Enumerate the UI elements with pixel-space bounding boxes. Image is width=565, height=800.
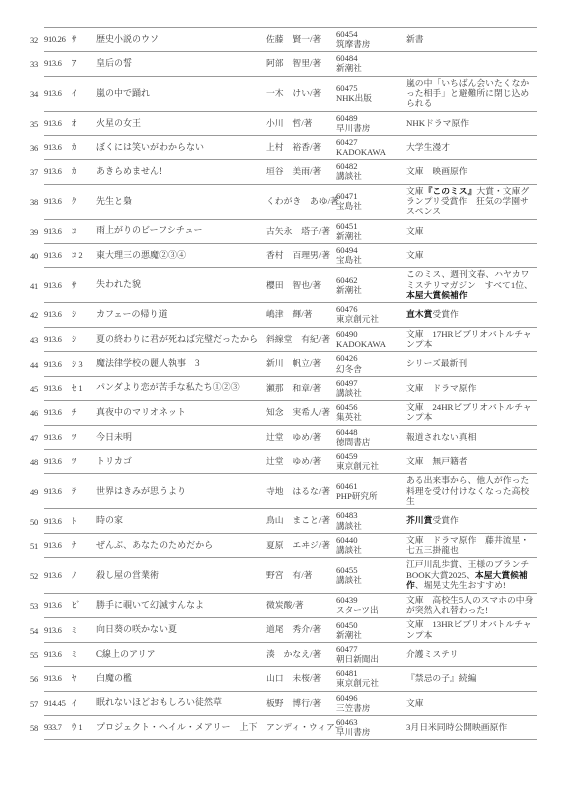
classification-code: 913.6 — [44, 359, 72, 369]
author-kana-mark: ｺ — [72, 226, 86, 236]
classification-code: 913.6 — [44, 516, 72, 526]
item-code: 60455 — [336, 565, 406, 575]
classification-code: 913.6 — [44, 334, 72, 344]
row-number: 37 — [30, 160, 44, 184]
row-body: 933.7 ｳ 1 プロジェクト・ヘイル・メアリー 上下 アンディ・ウィアー 6… — [44, 716, 537, 740]
classification-code: 910.26 — [44, 34, 72, 44]
publisher-name: 講談社 — [336, 545, 406, 555]
book-author: 斜線堂 有紀/著 — [266, 334, 336, 344]
author-kana-mark: ｸ — [72, 196, 86, 206]
row-number: 41 — [30, 268, 44, 303]
row-body: 913.6 ｶ あきらめません! 垣谷 美雨/著 60482 講談社 文庫 映画… — [44, 160, 537, 184]
table-row: 40 913.6 ｺ 2 東大理三の悪魔②③④ 香村 百理男/著 60494 宝… — [30, 244, 537, 268]
item-code: 60484 — [336, 53, 406, 63]
publisher-name: 東京創元社 — [336, 461, 406, 471]
row-body: 914.45 ｲ 眠れないほどおもしろい徒然草 板野 博行/著 60496 三笠… — [44, 692, 537, 716]
classification-code: 913.6 — [44, 250, 72, 260]
item-code-publisher: 60461 PHP研究所 — [336, 481, 406, 501]
row-body: 913.6 ｼ 3 魔法律学校の麗人執事 3 新川 帆立/著 60426 幻冬舎… — [44, 352, 537, 376]
item-code-publisher: 60484 新潮社 — [336, 53, 406, 73]
book-title: プロジェクト・ヘイル・メアリー 上下 — [86, 722, 266, 733]
author-kana-mark: ﾃ — [72, 486, 86, 496]
note-text: 報道されない真相 — [406, 432, 537, 442]
book-author: 辻堂 ゆめ/著 — [266, 456, 336, 466]
book-author: 嶋津 輝/著 — [266, 309, 336, 319]
publisher-name: 宝島社 — [336, 255, 406, 265]
row-body: 913.6 ﾂ 今日未明 辻堂 ゆめ/著 60448 徳間書店 報道されない真相 — [44, 426, 537, 450]
note-text: 文庫 — [406, 226, 537, 236]
book-title: 勝手に覗いて幻滅すんなよ — [86, 600, 266, 611]
item-code: 60461 — [336, 481, 406, 491]
note-text: 直木賞受賞作 — [406, 309, 537, 319]
item-code: 60440 — [336, 535, 406, 545]
publisher-name: 東京創元社 — [336, 314, 406, 324]
item-code: 60448 — [336, 427, 406, 437]
table-row: 47 913.6 ﾂ 今日未明 辻堂 ゆめ/著 60448 徳間書店 報道されな… — [30, 426, 537, 450]
note-text: 文庫 — [406, 698, 537, 708]
note-text: 文庫 24HRビブリオバトルチャンプ本 — [406, 402, 537, 423]
author-kana-mark: ﾉ — [72, 570, 86, 580]
note-text: このミス、週刊文春、ハヤカワミステリマガジン すべて1位、本屋大賞候補作 — [406, 269, 537, 300]
classification-code: 913.6 — [44, 142, 72, 152]
book-title: 今日未明 — [86, 432, 266, 443]
note-text: 文庫 13HRビブリオバトルチャンプ本 — [406, 619, 537, 640]
item-code-publisher: 60483 講談社 — [336, 510, 406, 530]
item-code-publisher: 60440 講談社 — [336, 535, 406, 555]
publisher-name: 早川書房 — [336, 727, 406, 737]
book-title: 真夜中のマリオネット — [86, 407, 266, 418]
item-code-publisher: 60439 スターツ出 — [336, 595, 406, 615]
publisher-name: 新潮社 — [336, 63, 406, 73]
publisher-name: 講談社 — [336, 575, 406, 585]
book-title: 夏の終わりに君が死ねば完璧だったから — [86, 334, 266, 345]
author-kana-mark: ｶ — [72, 166, 86, 176]
table-row: 43 913.6 ｼ 夏の終わりに君が死ねば完璧だったから 斜線堂 有紀/著 6… — [30, 328, 537, 353]
book-title: 嵐の中で踊れ — [86, 88, 266, 99]
item-code-publisher: 60482 講談社 — [336, 161, 406, 181]
item-code-publisher: 60476 東京創元社 — [336, 304, 406, 324]
item-code-publisher: 60448 徳間書店 — [336, 427, 406, 447]
book-title: パンダより恋が苦手な私たち①②③ — [86, 382, 266, 393]
publisher-name: KADOKAWA — [336, 339, 406, 349]
book-title: C線上のアリア — [86, 649, 266, 660]
item-code: 60483 — [336, 510, 406, 520]
item-code-publisher: 60454 筑摩書房 — [336, 29, 406, 49]
row-number: 47 — [30, 426, 44, 450]
table-row: 39 913.6 ｺ 雨上がりのビーフシチュー 古矢永 塔子/著 60451 新… — [30, 220, 537, 244]
table-row: 51 913.6 ﾅ ぜんぶ、あなたのためだから 夏原 エヰジ/著 60440 … — [30, 534, 537, 559]
classification-code: 913.6 — [44, 432, 72, 442]
table-row: 58 933.7 ｳ 1 プロジェクト・ヘイル・メアリー 上下 アンディ・ウィア… — [30, 716, 537, 740]
classification-code: 913.6 — [44, 625, 72, 635]
item-code-publisher: 60427 KADOKAWA — [336, 137, 406, 157]
book-title: 世界はきみが思うより — [86, 486, 266, 497]
book-author: 新川 帆立/著 — [266, 358, 336, 368]
row-body: 913.6 ｼ カフェーの帰り道 嶋津 輝/著 60476 東京創元社 直木賞受… — [44, 303, 537, 327]
table-row: 53 913.6 ﾋﾞ 勝手に覗いて幻滅すんなよ 微炭酸/著 60439 スター… — [30, 594, 537, 619]
classification-code: 913.6 — [44, 196, 72, 206]
row-body: 913.6 ｱ 皇后の誓 阿部 智里/著 60484 新潮社 — [44, 52, 537, 76]
item-code: 60463 — [336, 717, 406, 727]
item-code-publisher: 60490 KADOKAWA — [336, 329, 406, 349]
book-author: 上村 裕香/著 — [266, 142, 336, 152]
book-author: 阿部 智里/著 — [266, 58, 336, 68]
table-row: 35 913.6 ｵ 火星の女王 小川 哲/著 60489 早川書房 NHKドラ… — [30, 112, 537, 136]
item-code: 60451 — [336, 221, 406, 231]
table-row: 41 913.6 ｻ 失われた貌 櫻田 智也/著 60462 新潮社 このミス、… — [30, 268, 537, 303]
table-row: 50 913.6 ﾄ 時の家 鳥山 まこと/著 60483 講談社 芥川賞受賞作 — [30, 509, 537, 533]
item-code-publisher: 60497 講談社 — [336, 378, 406, 398]
row-number: 43 — [30, 328, 44, 353]
table-row: 37 913.6 ｶ あきらめません! 垣谷 美雨/著 60482 講談社 文庫… — [30, 160, 537, 184]
row-body: 913.6 ﾂ トリカゴ 辻堂 ゆめ/著 60459 東京創元社 文庫 無戸籍者 — [44, 450, 537, 474]
classification-code: 913.6 — [44, 649, 72, 659]
book-title: 魔法律学校の麗人執事 3 — [86, 358, 266, 369]
note-text: 文庫 — [406, 250, 537, 260]
publisher-name: 集英社 — [336, 412, 406, 422]
book-author: 知念 実希人/著 — [266, 407, 336, 417]
book-title: 眠れないほどおもしろい徒然草 — [86, 697, 266, 708]
author-kana-mark: ｼ — [72, 309, 86, 319]
classification-code: 913.6 — [44, 226, 72, 236]
note-text: シリーズ最新刊 — [406, 358, 537, 368]
row-body: 913.6 ﾔ 白魔の檻 山口 未桜/著 60481 東京創元社 『禁忌の子』続… — [44, 667, 537, 691]
book-author: 道尾 秀介/著 — [266, 624, 336, 634]
row-number: 57 — [30, 692, 44, 716]
item-code-publisher: 60455 講談社 — [336, 565, 406, 585]
book-author: 湊 かなえ/著 — [266, 649, 336, 659]
table-row: 56 913.6 ﾔ 白魔の檻 山口 未桜/著 60481 東京創元社 『禁忌の… — [30, 667, 537, 691]
item-code: 60439 — [336, 595, 406, 605]
row-body: 913.6 ｺ 2 東大理三の悪魔②③④ 香村 百理男/著 60494 宝島社 … — [44, 244, 537, 268]
note-text: 芥川賞受賞作 — [406, 515, 537, 525]
author-kana-mark: ｳ 1 — [72, 722, 86, 732]
note-text: ある出来事から、他人が作った料理を受け付けなくなった高校生 — [406, 475, 537, 506]
table-row: 44 913.6 ｼ 3 魔法律学校の麗人執事 3 新川 帆立/著 60426 … — [30, 352, 537, 376]
item-code-publisher: 60489 早川書房 — [336, 113, 406, 133]
row-body: 913.6 ﾋﾞ 勝手に覗いて幻滅すんなよ 微炭酸/著 60439 スターツ出 … — [44, 594, 537, 619]
table-row: 45 913.6 ｾ 1 パンダより恋が苦手な私たち①②③ 瀬那 和章/著 60… — [30, 377, 537, 401]
row-body: 913.6 ﾁ 真夜中のマリオネット 知念 実希人/著 60456 集英社 文庫… — [44, 401, 537, 426]
classification-code: 913.6 — [44, 166, 72, 176]
publisher-name: 講談社 — [336, 521, 406, 531]
item-code: 60477 — [336, 644, 406, 654]
publisher-name: 三笠書房 — [336, 703, 406, 713]
publisher-name: 新潮社 — [336, 285, 406, 295]
row-number: 48 — [30, 450, 44, 474]
author-kana-mark: ﾐ — [72, 649, 86, 659]
publisher-name: 筑摩書房 — [336, 39, 406, 49]
table-row: 49 913.6 ﾃ 世界はきみが思うより 寺地 はるな/著 60461 PHP… — [30, 474, 537, 509]
row-number: 51 — [30, 534, 44, 559]
table-row: 57 914.45 ｲ 眠れないほどおもしろい徒然草 板野 博行/著 60496… — [30, 692, 537, 716]
publisher-name: 講談社 — [336, 388, 406, 398]
book-title: 皇后の誓 — [86, 58, 266, 69]
row-body: 913.6 ｼ 夏の終わりに君が死ねば完璧だったから 斜線堂 有紀/著 6049… — [44, 328, 537, 353]
note-text: 介護ミステリ — [406, 649, 537, 659]
row-body: 913.6 ｸ 先生と梟 くわがき あゆ/著 60471 宝島社 文庫『このミス… — [44, 185, 537, 220]
author-kana-mark: ﾔ — [72, 673, 86, 683]
item-code-publisher: 60481 東京創元社 — [336, 668, 406, 688]
item-code: 60426 — [336, 353, 406, 363]
book-author: 佐藤 賢一/著 — [266, 34, 336, 44]
book-title: 先生と梟 — [86, 196, 266, 207]
note-text: 嵐の中「いちばん会いたくなかった相手」と避難所に閉じ込められる — [406, 78, 537, 109]
row-body: 913.6 ｶ ぼくには笑いがわからない 上村 裕香/著 60427 KADOK… — [44, 136, 537, 160]
note-text: NHKドラマ原作 — [406, 118, 537, 128]
author-kana-mark: ｲ — [72, 698, 86, 708]
table-row: 32 910.26 ｻ 歴史小説のウソ 佐藤 賢一/著 60454 筑摩書房 新… — [30, 27, 537, 52]
book-author: アンディ・ウィアー — [266, 722, 336, 732]
book-author: 微炭酸/著 — [266, 600, 336, 610]
table-row: 55 913.6 ﾐ C線上のアリア 湊 かなえ/著 60477 朝日新聞出 介… — [30, 643, 537, 667]
row-number: 33 — [30, 52, 44, 76]
note-text: 文庫 映画原作 — [406, 166, 537, 176]
publisher-name: 幻冬舎 — [336, 364, 406, 374]
book-title: 向日葵の咲かない夏 — [86, 624, 266, 635]
row-number: 53 — [30, 594, 44, 619]
item-code-publisher: 60426 幻冬舎 — [336, 353, 406, 373]
book-title: 雨上がりのビーフシチュー — [86, 225, 266, 236]
row-number: 35 — [30, 112, 44, 136]
author-kana-mark: ﾄ — [72, 516, 86, 526]
item-code-publisher: 60494 宝島社 — [336, 245, 406, 265]
author-kana-mark: ﾋﾞ — [72, 600, 86, 610]
book-author: くわがき あゆ/著 — [266, 196, 336, 206]
author-kana-mark: ｻ — [72, 34, 86, 44]
row-body: 910.26 ｻ 歴史小説のウソ 佐藤 賢一/著 60454 筑摩書房 新書 — [44, 27, 537, 52]
publisher-name: NHK出版 — [336, 93, 406, 103]
item-code: 60497 — [336, 378, 406, 388]
classification-code: 914.45 — [44, 698, 72, 708]
row-number: 40 — [30, 244, 44, 268]
book-author: 鳥山 まこと/著 — [266, 515, 336, 525]
row-number: 58 — [30, 716, 44, 740]
row-number: 39 — [30, 220, 44, 244]
author-kana-mark: ｱ — [72, 58, 86, 68]
item-code-publisher: 60477 朝日新聞出 — [336, 644, 406, 664]
author-kana-mark: ｺ 2 — [72, 250, 86, 260]
book-title: 火星の女王 — [86, 118, 266, 129]
table-row: 48 913.6 ﾂ トリカゴ 辻堂 ゆめ/著 60459 東京創元社 文庫 無… — [30, 450, 537, 474]
publisher-name: 東京創元社 — [336, 678, 406, 688]
book-title: 白魔の檻 — [86, 673, 266, 684]
item-code: 60489 — [336, 113, 406, 123]
item-code: 60481 — [336, 668, 406, 678]
book-author: 瀬那 和章/著 — [266, 383, 336, 393]
row-number: 44 — [30, 352, 44, 376]
publisher-name: KADOKAWA — [336, 147, 406, 157]
author-kana-mark: ｼ 3 — [72, 359, 86, 369]
row-body: 913.6 ｺ 雨上がりのビーフシチュー 古矢永 塔子/著 60451 新潮社 … — [44, 220, 537, 244]
item-code-publisher: 60463 早川書房 — [336, 717, 406, 737]
book-title: 時の家 — [86, 515, 266, 526]
row-number: 38 — [30, 185, 44, 220]
classification-code: 913.6 — [44, 673, 72, 683]
row-body: 913.6 ﾐ C線上のアリア 湊 かなえ/著 60477 朝日新聞出 介護ミス… — [44, 643, 537, 667]
book-author: 野宮 有/著 — [266, 570, 336, 580]
classification-code: 913.6 — [44, 486, 72, 496]
row-body: 913.6 ｾ 1 パンダより恋が苦手な私たち①②③ 瀬那 和章/著 60497… — [44, 377, 537, 401]
row-number: 56 — [30, 667, 44, 691]
classification-code: 913.6 — [44, 570, 72, 580]
author-kana-mark: ｾ 1 — [72, 383, 86, 393]
book-table: 32 910.26 ｻ 歴史小説のウソ 佐藤 賢一/著 60454 筑摩書房 新… — [30, 27, 537, 740]
note-text: 文庫 ドラマ原作 藤井流星・七五三掛龍也 — [406, 535, 537, 556]
item-code-publisher: 60456 集英社 — [336, 402, 406, 422]
note-text: 江戸川乱歩賞、王様のブランチBOOK大賞2025、本屋大賞候補作、堀晃丈先生おす… — [406, 559, 537, 590]
classification-code: 913.6 — [44, 309, 72, 319]
publisher-name: 早川書房 — [336, 123, 406, 133]
book-title: 東大理三の悪魔②③④ — [86, 250, 266, 261]
author-kana-mark: ｶ — [72, 142, 86, 152]
note-text: 新書 — [406, 34, 537, 44]
note-text: 文庫 無戸籍者 — [406, 456, 537, 466]
book-author: 香村 百理男/著 — [266, 250, 336, 260]
classification-code: 913.6 — [44, 118, 72, 128]
note-text: 文庫 ドラマ原作 — [406, 383, 537, 393]
item-code: 60475 — [336, 83, 406, 93]
book-author: 一木 けい/著 — [266, 88, 336, 98]
classification-code: 913.6 — [44, 456, 72, 466]
table-row: 42 913.6 ｼ カフェーの帰り道 嶋津 輝/著 60476 東京創元社 直… — [30, 303, 537, 327]
book-title: ぜんぶ、あなたのためだから — [86, 540, 266, 551]
row-body: 913.6 ｵ 火星の女王 小川 哲/著 60489 早川書房 NHKドラマ原作 — [44, 112, 537, 136]
publisher-name: PHP研究所 — [336, 491, 406, 501]
row-body: 913.6 ｻ 失われた貌 櫻田 智也/著 60462 新潮社 このミス、週刊文… — [44, 268, 537, 303]
row-body: 913.6 ﾄ 時の家 鳥山 まこと/著 60483 講談社 芥川賞受賞作 — [44, 509, 537, 533]
item-code: 60454 — [336, 29, 406, 39]
item-code: 60462 — [336, 275, 406, 285]
table-row: 52 913.6 ﾉ 殺し屋の営業術 野宮 有/著 60455 講談社 江戸川乱… — [30, 558, 537, 593]
author-kana-mark: ｵ — [72, 118, 86, 128]
publisher-name: 宝島社 — [336, 201, 406, 211]
item-code-publisher: 60459 東京創元社 — [336, 451, 406, 471]
row-number: 45 — [30, 377, 44, 401]
author-kana-mark: ﾐ — [72, 625, 86, 635]
book-title: 歴史小説のウソ — [86, 34, 266, 45]
note-text: 3月日米同時公開映画原作 — [406, 722, 537, 732]
book-author: 寺地 はるな/著 — [266, 486, 336, 496]
classification-code: 913.6 — [44, 88, 72, 98]
publisher-name: 朝日新聞出 — [336, 654, 406, 664]
note-text: 大学生漫才 — [406, 142, 537, 152]
book-title: トリカゴ — [86, 456, 266, 467]
item-code: 60476 — [336, 304, 406, 314]
note-text: 文庫 高校生5人のスマホの中身が突然入れ替わった! — [406, 595, 537, 616]
book-author: 辻堂 ゆめ/著 — [266, 432, 336, 442]
item-code-publisher: 60450 新潮社 — [336, 620, 406, 640]
row-number: 54 — [30, 618, 44, 643]
item-code: 60459 — [336, 451, 406, 461]
book-author: 板野 博行/著 — [266, 698, 336, 708]
table-row: 36 913.6 ｶ ぼくには笑いがわからない 上村 裕香/著 60427 KA… — [30, 136, 537, 160]
row-body: 913.6 ｲ 嵐の中で踊れ 一木 けい/著 60475 NHK出版 嵐の中「い… — [44, 77, 537, 112]
note-text: 文庫『このミス』大賞・文庫グランプリ受賞作 狂気の学園サスペンス — [406, 186, 537, 217]
row-number: 36 — [30, 136, 44, 160]
item-code: 60496 — [336, 693, 406, 703]
note-text: 文庫 17HRビブリオバトルチャンプ本 — [406, 329, 537, 350]
item-code: 60456 — [336, 402, 406, 412]
note-text: 『禁忌の子』続編 — [406, 673, 537, 683]
table-row: 34 913.6 ｲ 嵐の中で踊れ 一木 けい/著 60475 NHK出版 嵐の… — [30, 77, 537, 112]
row-number: 42 — [30, 303, 44, 327]
item-code: 60494 — [336, 245, 406, 255]
row-body: 913.6 ﾐ 向日葵の咲かない夏 道尾 秀介/著 60450 新潮社 文庫 1… — [44, 618, 537, 643]
book-author: 夏原 エヰジ/著 — [266, 540, 336, 550]
publisher-name: スターツ出 — [336, 605, 406, 615]
item-code-publisher: 60451 新潮社 — [336, 221, 406, 241]
author-kana-mark: ｻ — [72, 280, 86, 290]
author-kana-mark: ｼ — [72, 334, 86, 344]
book-author: 山口 未桜/著 — [266, 673, 336, 683]
author-kana-mark: ｲ — [72, 88, 86, 98]
row-number: 55 — [30, 643, 44, 667]
table-row: 54 913.6 ﾐ 向日葵の咲かない夏 道尾 秀介/著 60450 新潮社 文… — [30, 618, 537, 643]
book-title: 失われた貌 — [86, 279, 266, 290]
row-number: 49 — [30, 474, 44, 509]
book-author: 櫻田 智也/著 — [266, 280, 336, 290]
publisher-name: 新潮社 — [336, 231, 406, 241]
row-number: 46 — [30, 401, 44, 426]
item-code: 60471 — [336, 191, 406, 201]
new-books-list-page: 32 910.26 ｻ 歴史小説のウソ 佐藤 賢一/著 60454 筑摩書房 新… — [0, 0, 565, 800]
publisher-name: 講談社 — [336, 171, 406, 181]
classification-code: 933.7 — [44, 722, 72, 732]
row-number: 50 — [30, 509, 44, 533]
row-body: 913.6 ﾃ 世界はきみが思うより 寺地 はるな/著 60461 PHP研究所… — [44, 474, 537, 509]
item-code-publisher: 60471 宝島社 — [336, 191, 406, 211]
item-code-publisher: 60475 NHK出版 — [336, 83, 406, 103]
book-title: 殺し屋の営業術 — [86, 570, 266, 581]
table-row: 38 913.6 ｸ 先生と梟 くわがき あゆ/著 60471 宝島社 文庫『こ… — [30, 185, 537, 220]
table-row: 33 913.6 ｱ 皇后の誓 阿部 智里/著 60484 新潮社 — [30, 52, 537, 76]
item-code: 60450 — [336, 620, 406, 630]
book-title: ぼくには笑いがわからない — [86, 142, 266, 153]
classification-code: 913.6 — [44, 600, 72, 610]
author-kana-mark: ﾂ — [72, 432, 86, 442]
book-author: 小川 哲/著 — [266, 118, 336, 128]
author-kana-mark: ﾂ — [72, 456, 86, 466]
book-author: 古矢永 塔子/著 — [266, 226, 336, 236]
item-code: 60490 — [336, 329, 406, 339]
author-kana-mark: ﾁ — [72, 407, 86, 417]
row-number: 32 — [30, 27, 44, 52]
classification-code: 913.6 — [44, 58, 72, 68]
book-title: あきらめません! — [86, 166, 266, 177]
item-code-publisher: 60496 三笠書房 — [336, 693, 406, 713]
row-body: 913.6 ﾅ ぜんぶ、あなたのためだから 夏原 エヰジ/著 60440 講談社… — [44, 534, 537, 559]
classification-code: 913.6 — [44, 383, 72, 393]
book-title: カフェーの帰り道 — [86, 309, 266, 320]
author-kana-mark: ﾅ — [72, 540, 86, 550]
classification-code: 913.6 — [44, 407, 72, 417]
item-code: 60482 — [336, 161, 406, 171]
publisher-name: 新潮社 — [336, 630, 406, 640]
item-code-publisher: 60462 新潮社 — [336, 275, 406, 295]
publisher-name: 徳間書店 — [336, 437, 406, 447]
book-author: 垣谷 美雨/著 — [266, 166, 336, 176]
classification-code: 913.6 — [44, 280, 72, 290]
row-number: 52 — [30, 558, 44, 593]
table-row: 46 913.6 ﾁ 真夜中のマリオネット 知念 実希人/著 60456 集英社… — [30, 401, 537, 426]
row-number: 34 — [30, 77, 44, 112]
item-code: 60427 — [336, 137, 406, 147]
row-body: 913.6 ﾉ 殺し屋の営業術 野宮 有/著 60455 講談社 江戸川乱歩賞、… — [44, 558, 537, 593]
classification-code: 913.6 — [44, 540, 72, 550]
